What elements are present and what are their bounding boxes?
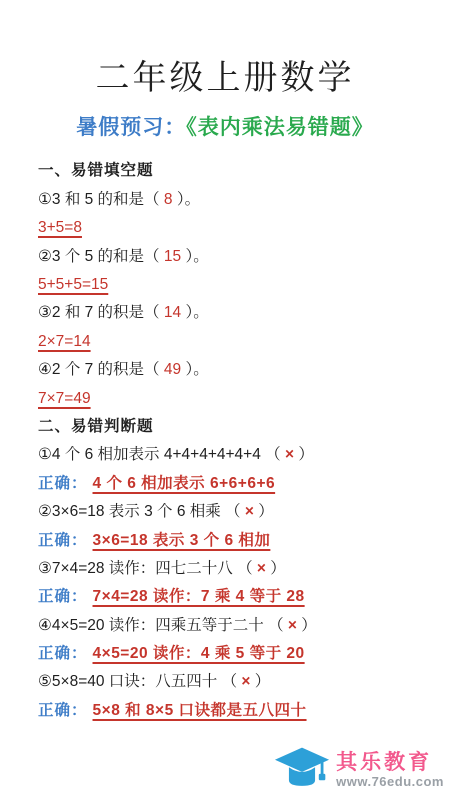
question-text: ⑤5×8=40 口诀：八五四十 （ — [38, 674, 241, 690]
question-text: ）。 — [181, 249, 209, 265]
correct-label: 正确： — [38, 703, 88, 719]
correction-text: 7×4=28 读作：7 乘 4 等于 28 — [93, 589, 305, 605]
judge-correction-2: 正确：3×6=18 表示 3 个 6 相加 — [38, 526, 450, 554]
judge-question-3: ③7×4=28 读作：四七二十八 （ × ） — [38, 554, 450, 582]
question-text: ） — [250, 674, 270, 690]
question-text: ①4 个 6 相加表示 4+4+4+4+4+4 （ — [38, 447, 285, 463]
solution-text: 7×7=49 — [38, 391, 91, 407]
judge-question-5: ⑤5×8=40 口诀：八五四十 （ × ） — [38, 668, 450, 696]
question-text: ③2 和 7 的积是（ — [38, 305, 164, 321]
fill-solution-4: 7×7=49 — [38, 384, 450, 412]
fill-question-3: ③2 和 7 的积是（ 14 ）。 — [38, 299, 450, 327]
solution-text: 3+5=8 — [38, 220, 82, 236]
question-text: ②3×6=18 表示 3 个 6 相乘 （ — [38, 504, 245, 520]
brand-url: www.76edu.com — [336, 774, 444, 790]
question-text: ④4×5=20 读作：四乘五等于二十 （ — [38, 618, 288, 634]
cross-mark: × — [241, 674, 250, 690]
correct-label: 正确： — [38, 476, 88, 492]
answer-value: 14 — [164, 305, 181, 321]
fill-question-4: ④2 个 7 的积是（ 49 ）。 — [38, 356, 450, 384]
worksheet-body: 一、易错填空题 ①3 和 5 的和是（ 8 ）。 3+5=8 ②3 个 5 的和… — [38, 157, 450, 725]
question-text: ③7×4=28 读作：四七二十八 （ — [38, 561, 257, 577]
solution-text: 2×7=14 — [38, 334, 91, 350]
judge-correction-3: 正确：7×4=28 读作：7 乘 4 等于 28 — [38, 583, 450, 611]
page-title: 二年级上册数学 — [0, 50, 450, 99]
brand-name: 其乐教育 — [336, 751, 432, 774]
fill-solution-2: 5+5+5=15 — [38, 271, 450, 299]
question-text: ②3 个 5 的和是（ — [38, 249, 164, 265]
graduation-cap-icon — [274, 746, 330, 794]
subtitle-topic: 《表内乘法易错题》 — [186, 116, 374, 139]
question-text: ④2 个 7 的积是（ — [38, 362, 164, 378]
brand-text-block: 其乐教育 www.76edu.com — [336, 751, 444, 790]
section1-heading: 一、易错填空题 — [38, 157, 450, 185]
correction-text: 3×6=18 表示 3 个 6 相加 — [93, 533, 271, 549]
judge-question-4: ④4×5=20 读作：四乘五等于二十 （ × ） — [38, 611, 450, 639]
correction-text: 4×5=20 读作：4 乘 5 等于 20 — [93, 646, 305, 662]
judge-correction-5: 正确：5×8 和 8×5 口诀都是五八四十 — [38, 696, 450, 724]
brand-logo: 其乐教育 www.76edu.com — [274, 746, 444, 794]
answer-value: 8 — [164, 192, 173, 208]
page-subtitle: 暑假预习：《表内乘法易错题》 — [0, 111, 450, 141]
question-text: ）。 — [181, 362, 209, 378]
question-text: ） — [294, 447, 314, 463]
fill-solution-3: 2×7=14 — [38, 327, 450, 355]
correct-label: 正确： — [38, 533, 88, 549]
fill-solution-1: 3+5=8 — [38, 214, 450, 242]
question-text: ） — [254, 504, 274, 520]
correction-text: 4 个 6 相加表示 6+6+6+6 — [93, 476, 276, 492]
judge-correction-4: 正确：4×5=20 读作：4 乘 5 等于 20 — [38, 640, 450, 668]
correction-text: 5×8 和 8×5 口诀都是五八四十 — [93, 703, 307, 719]
cross-mark: × — [257, 561, 266, 577]
judge-question-2: ②3×6=18 表示 3 个 6 相乘 （ × ） — [38, 498, 450, 526]
question-text: ）。 — [181, 305, 209, 321]
question-text: ） — [266, 561, 286, 577]
correct-label: 正确： — [38, 646, 88, 662]
judge-question-1: ①4 个 6 相加表示 4+4+4+4+4+4 （ × ） — [38, 441, 450, 469]
subtitle-prefix: 暑假预习： — [76, 116, 186, 139]
cross-mark: × — [285, 447, 294, 463]
fill-question-1: ①3 和 5 的和是（ 8 ）。 — [38, 185, 450, 213]
question-text: ） — [297, 618, 317, 634]
judge-correction-1: 正确：4 个 6 相加表示 6+6+6+6 — [38, 469, 450, 497]
answer-value: 49 — [164, 362, 181, 378]
solution-text: 5+5+5=15 — [38, 277, 108, 293]
cross-mark: × — [245, 504, 254, 520]
section2-heading: 二、易错判断题 — [38, 413, 450, 441]
correct-label: 正确： — [38, 589, 88, 605]
question-text: ）。 — [173, 192, 201, 208]
fill-question-2: ②3 个 5 的和是（ 15 ）。 — [38, 242, 450, 270]
question-text: ①3 和 5 的和是（ — [38, 192, 164, 208]
answer-value: 15 — [164, 249, 181, 265]
cross-mark: × — [288, 618, 297, 634]
